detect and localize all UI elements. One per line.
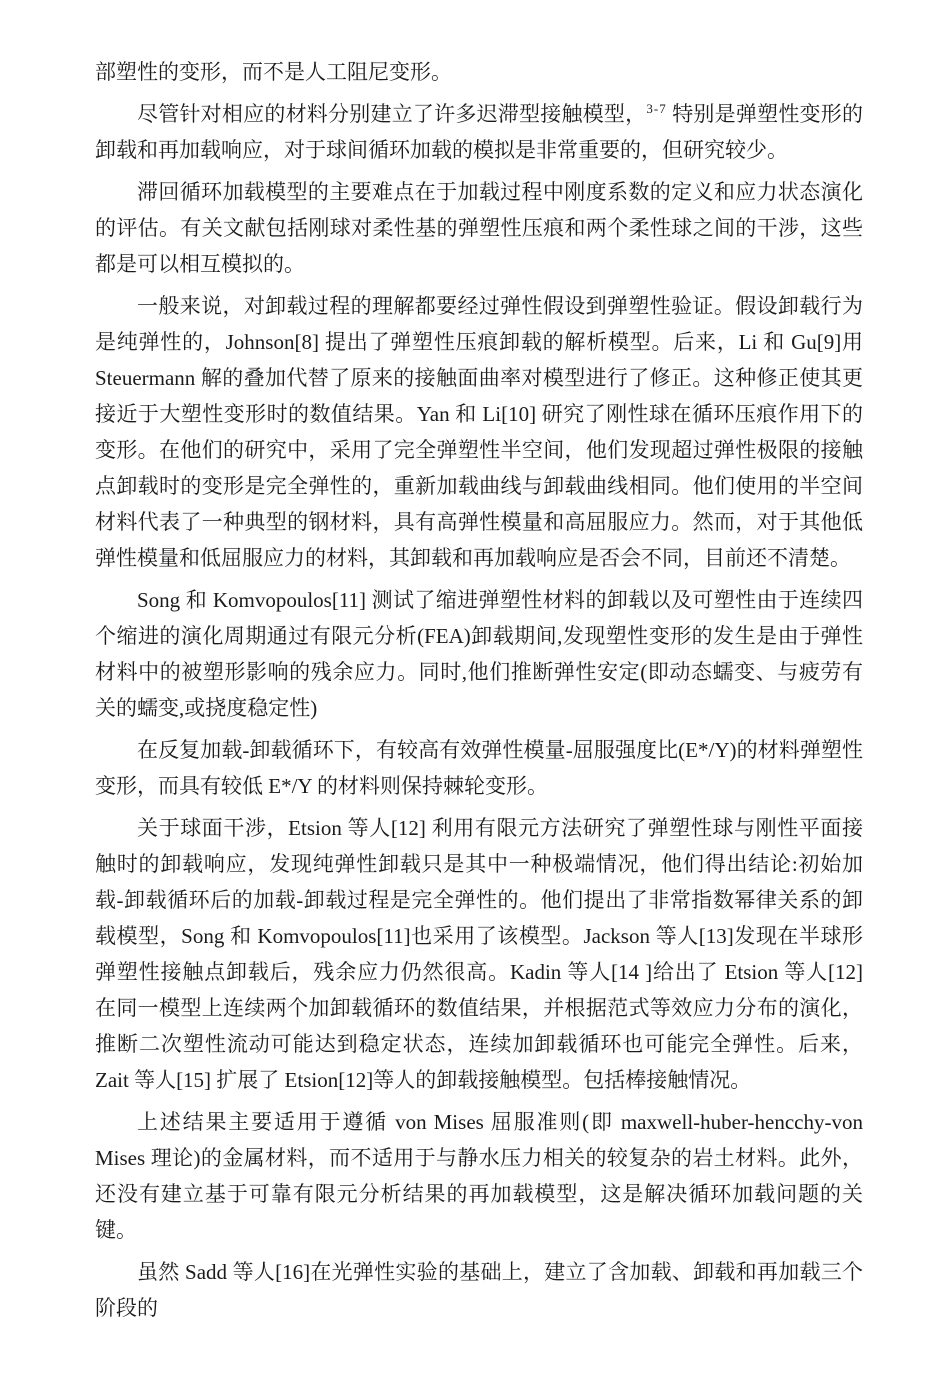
- superscript-citation-3-7: 3-7: [646, 101, 666, 116]
- document-text-content: 部塑性的变形，而不是人工阻尼变形。 尽管针对相应的材料分别建立了许多迟滞型接触模…: [95, 54, 863, 1326]
- paragraph-1-continuation: 部塑性的变形，而不是人工阻尼变形。: [95, 54, 863, 90]
- paragraph-6: 在反复加载-卸载循环下，有较高有效弹性模量-屈服强度比(E*/Y)的材料弹塑性变…: [95, 732, 863, 804]
- paragraph-9: 虽然 Sadd 等人[16]在光弹性实验的基础上，建立了含加载、卸载和再加载三个…: [95, 1254, 863, 1326]
- paragraph-8: 上述结果主要适用于遵循 von Mises 屈服准则(即 maxwell-hub…: [95, 1104, 863, 1248]
- paragraph-2-text-before-citation: 尽管针对相应的材料分别建立了许多迟滞型接触模型，: [137, 102, 646, 126]
- paragraph-3: 滞回循环加载模型的主要难点在于加载过程中刚度系数的定义和应力状态演化的评估。有关…: [95, 174, 863, 282]
- paragraph-7: 关于球面干涉，Etsion 等人[12] 利用有限元方法研究了弹塑性球与刚性平面…: [95, 810, 863, 1098]
- paragraph-4: 一般来说，对卸载过程的理解都要经过弹性假设到弹塑性验证。假设卸载行为是纯弹性的，…: [95, 288, 863, 576]
- document-page: 部塑性的变形，而不是人工阻尼变形。 尽管针对相应的材料分别建立了许多迟滞型接触模…: [0, 0, 925, 1382]
- paragraph-5: Song 和 Komvopoulos[11] 测试了缩进弹塑性材料的卸载以及可塑…: [95, 582, 863, 726]
- paragraph-2: 尽管针对相应的材料分别建立了许多迟滞型接触模型，3-7 特别是弹塑性变形的卸载和…: [95, 96, 863, 168]
